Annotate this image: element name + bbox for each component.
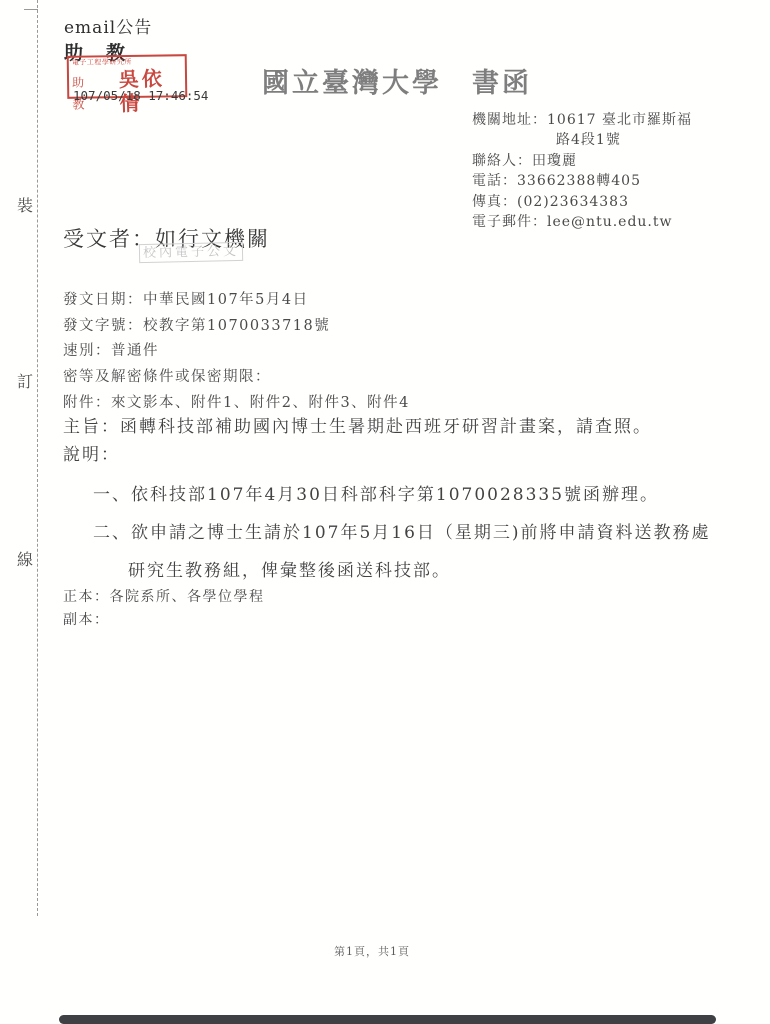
binding-mark-ding: 訂 <box>17 369 33 392</box>
agency-address-line1: 機關地址：10617 臺北市羅斯福 <box>472 110 692 130</box>
document-page: 裝 訂 線 email公告 助 教 電子工程學研究所 助 教 吳依倩 107/0… <box>0 0 770 1024</box>
contact-person: 聯絡人：田瓊麗 <box>472 151 692 171</box>
binding-tick-mark <box>24 9 38 10</box>
explanation-item-2: 二、欲申請之博士生請於107年5月16日（星期三)前將申請資料送教務處 <box>93 518 711 543</box>
email-address: 電子郵件：lee@ntu.edu.tw <box>472 212 692 232</box>
phone-number: 電話：33662388轉405 <box>472 171 692 191</box>
horizontal-scrollbar[interactable] <box>59 1015 716 1024</box>
email-notice-label: email公告 <box>64 13 152 38</box>
document-meta-block: 發文日期：中華民國107年5月4日 發文字號：校教字第1070033718號 速… <box>63 288 410 417</box>
copy-recipients: 副本： <box>63 609 110 629</box>
agency-address-line2: 路4段1號 <box>472 130 692 150</box>
explanation-item-2-continuation: 研究生教務組，俾彙整後函送科技部。 <box>128 556 451 581</box>
binding-dashed-line <box>37 0 38 916</box>
binding-mark-xian: 線 <box>17 547 33 570</box>
speed-class: 速別：普通件 <box>63 339 410 365</box>
explanation-label: 說明： <box>63 440 120 465</box>
subject-line: 主旨：函轉科技部補助國內博士生暑期赴西班牙研習計畫案，請查照。 <box>63 412 652 437</box>
agency-info-block: 機關地址：10617 臺北市羅斯福 路4段1號 聯絡人：田瓊麗 電話：33662… <box>472 110 692 232</box>
page-number-footer: 第1頁，共1頁 <box>334 943 410 959</box>
explanation-item-1: 一、依科技部107年4月30日科部科字第1070028335號函辦理。 <box>93 480 659 505</box>
stamp-timestamp: 107/05/18 17:46:54 <box>73 88 208 103</box>
security-class: 密等及解密條件或保密期限： <box>63 365 410 391</box>
doc-number: 發文字號：校教字第1070033718號 <box>63 314 410 340</box>
delivery-method-stamp: 校內電子公文 <box>139 242 243 263</box>
document-title: 國立臺灣大學 書函 <box>262 61 532 100</box>
issue-date: 發文日期：中華民國107年5月4日 <box>63 288 410 314</box>
fax-number: 傳真：(02)23634383 <box>472 192 692 212</box>
binding-mark-zhuang: 裝 <box>17 193 33 216</box>
original-recipients: 正本：各院系所、各學位學程 <box>63 586 265 606</box>
